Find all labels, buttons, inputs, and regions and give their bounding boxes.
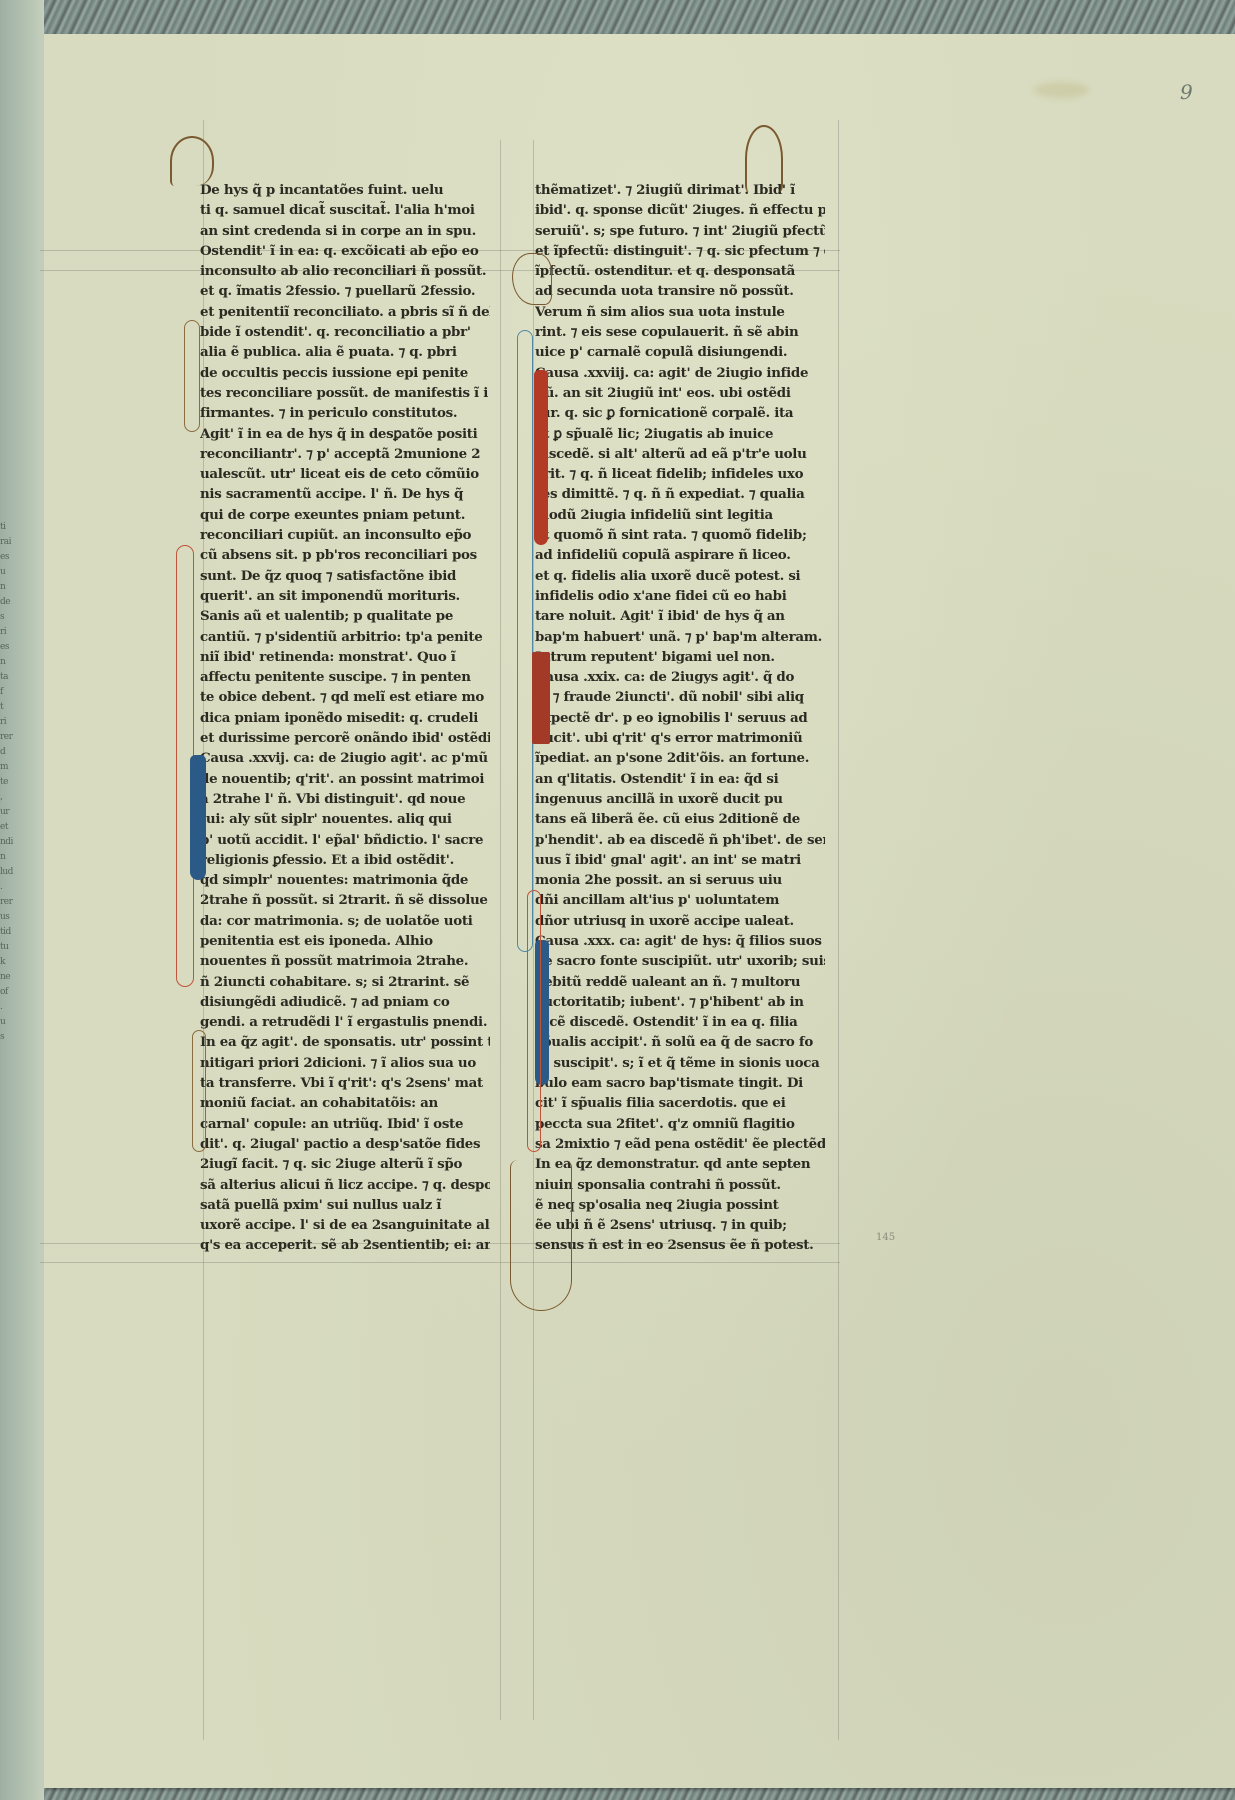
flourish-blue-penwork-right: [517, 330, 533, 952]
manuscript-line: Causa .xxix. ca: de 2iugys agit'. q̃ do: [535, 667, 825, 687]
grotesque-initial-p-top-right: [745, 125, 783, 192]
manuscript-line: sã alterius alicui ñ licz accipe. ⁊ q. d…: [200, 1175, 490, 1195]
grotesque-initial-v: [512, 253, 552, 305]
manuscript-line: ti q. samuel dicat̃ suscitat̃. l'alia h'…: [200, 200, 490, 220]
manuscript-line: discedẽ. si alt' alterũ ad eã p'tr'e uol…: [535, 444, 825, 464]
manuscript-line: alia ẽ publica. alia ẽ puata. ⁊ q. pbri: [200, 342, 490, 362]
initial-i-blue-causa-xxvii: [190, 755, 206, 880]
manuscript-line: sa 2mixtio ⁊ eãd pena ostẽdit' ẽe plectẽ…: [535, 1134, 825, 1154]
manuscript-line: ducit'. ubi q'rit' q's error matrimoniũ: [535, 728, 825, 748]
manuscript-line: uus ĩ ibid' gnal' agit'. an int' se matr…: [535, 850, 825, 870]
manuscript-line: Causa .xxviij. ca: agit' de 2iugio infid…: [535, 363, 825, 383]
ruling-line-right: [838, 120, 839, 1740]
manuscript-line: tare noluit. Agit' ĩ ibid' de hys q̃ an: [535, 606, 825, 626]
manuscript-line: cit' ĩ sp̃ualis filia sacerdotis. que ei: [535, 1093, 825, 1113]
folio-number: 9: [1180, 80, 1193, 104]
initial-i-red-causa-xxviii: [534, 370, 548, 545]
manuscript-line: ĩpediat. an p'sone 2dit'õis. an fortune.: [535, 748, 825, 768]
manuscript-line: debitũ reddẽ ualeant an ñ. ⁊ multoru: [535, 972, 825, 992]
manuscript-line: tui: aly sũt siplr' nouentes. aliq qui: [200, 809, 490, 829]
ruling-line-bottom-2: [40, 1262, 840, 1263]
manuscript-line: dñi ancillam alt'ius p' uoluntatem: [535, 890, 825, 910]
manuscript-line: dit'. q. 2iugal' pactio a desp'satõe fid…: [200, 1134, 490, 1154]
manuscript-line: In ea q̃z demonstratur. qd ante septen: [535, 1154, 825, 1174]
manuscript-line: Ostendit' ĩ in ea: q. excõicati ab ep̃o …: [200, 241, 490, 261]
manuscript-line: ibid'. q. sponse dicũt' 2iuges. ñ effect…: [535, 200, 825, 220]
manuscript-line: monia 2he possit. an si seruus uiu: [535, 870, 825, 890]
text-column-right: thẽmatizet'. ⁊ 2iugiũ dirimat'. Ibid' ĩi…: [535, 180, 825, 1256]
manuscript-line: querit'. an sit imponendũ morituris.: [200, 586, 490, 606]
grotesque-initial-d-top-left: [170, 136, 214, 186]
manuscript-line: auctoritatib; iubent'. ⁊ p'hibent' ab in: [535, 992, 825, 1012]
manuscript-line: firmantes. ⁊ in periculo constitutos.: [200, 403, 490, 423]
manuscript-line: sensus ñ est in eo 2sensus ẽe ñ potest.: [535, 1235, 825, 1255]
manuscript-line: qui de corpe exeuntes pniam petunt.: [200, 505, 490, 525]
manuscript-line: ĩpfectũ. ostenditur. et q. desponsatã: [535, 261, 825, 281]
manuscript-line: et q. ĩmatis 2fessio. ⁊ puellarũ 2fessio…: [200, 281, 490, 301]
manuscript-line: ẽe ubi ñ ẽ 2sens' utriusq. ⁊ in quib;: [535, 1215, 825, 1235]
manuscript-line: nis sacramentũ accipe. l' ñ. De hys q̃: [200, 484, 490, 504]
manuscript-line: peccta sua 2fitet'. q'z omniũ flagitio: [535, 1114, 825, 1134]
manuscript-line: et q. fidelis alia uxorẽ ducẽ potest. si: [535, 566, 825, 586]
manuscript-line: dica pniam iponẽdo misedit: q. crudeli: [200, 708, 490, 728]
manuscript-line: seruiũ'. s; spe futuro. ⁊ int' 2iugiũ pf…: [535, 221, 825, 241]
manuscript-line: De hys q̃ p incantatões fuint. uelu: [200, 180, 490, 200]
manuscript-line: penitentia est eis iponeda. Alhio: [200, 931, 490, 951]
manuscript-line: et durissime percorẽ onãndo ibid' ostẽdi…: [200, 728, 490, 748]
manuscript-line: Causa .xxvij. ca: de 2iugio agit'. ac p'…: [200, 748, 490, 768]
manuscript-line: an q'litatis. Ostendit' ĩ in ea: q̃d si: [535, 769, 825, 789]
manuscript-line: ingenuus ancillã in uxorẽ ducit pu: [535, 789, 825, 809]
text-column-left: De hys q̃ p incantatões fuint. ueluti q.…: [200, 180, 490, 1256]
manuscript-line: modũ 2iugia infideliũ sint legitia: [535, 505, 825, 525]
manuscript-line: a 2trahe l' ñ. Vbi distinguit'. qd noue: [200, 789, 490, 809]
adjacent-leaf-text: ti rai es u n de s ri es n ta f t ri rer…: [0, 520, 26, 1045]
manuscript-line: da: cor matrimonia. s; de uolatõe uoti: [200, 911, 490, 931]
manuscript-line: et ꝑ sp̃ualẽ lic; 2iugatis ab inuice: [535, 424, 825, 444]
manuscript-line: Verum ñ sim alios sua uota instule: [535, 302, 825, 322]
manuscript-line: gendi. a retrudẽdi l' ĩ ergastulis pnend…: [200, 1012, 490, 1032]
manuscript-line: cũ absens sit. p pb'ros reconciliari pos: [200, 545, 490, 565]
manuscript-line: religionis ꝑfessio. Et a ibid ostẽdit'.: [200, 850, 490, 870]
manuscript-line: bide ĩ ostendit'. q. reconciliatio a pbr…: [200, 322, 490, 342]
manuscript-line: erit. ⁊ q. ñ liceat fidelib; infideles u…: [535, 464, 825, 484]
manuscript-line: p' uotũ accidit. l' ep̃al' bñdictio. l' …: [200, 830, 490, 850]
manuscript-line: et quomõ ñ sint rata. ⁊ quomõ fidelib;: [535, 525, 825, 545]
manuscript-line: nitigari priori 2dicioni. ⁊ ĩ alios sua …: [200, 1053, 490, 1073]
manuscript-line: lo ⁊ fraude 2iuncti'. dũ nobil' sibi ali…: [535, 687, 825, 707]
manuscript-line: ualescũt. utr' liceat eis de ceto cõmũio: [200, 464, 490, 484]
manuscript-line: sunt. De q̃z quoq ⁊ satisfactõne ibid: [200, 566, 490, 586]
ruling-line-col-a-right: [500, 140, 501, 1720]
manuscript-line: satã puellã pxim' sui nullus ualz ĩ: [200, 1195, 490, 1215]
parchment-stain: [1034, 82, 1089, 98]
manuscript-line: inconsulto ab alio reconciliari ñ possũt…: [200, 261, 490, 281]
manuscript-line: ad infideliũ copulã aspirare ñ liceo.: [535, 545, 825, 565]
manuscript-line: expectẽ dr'. p eo ignobilis l' seruus ad: [535, 708, 825, 728]
manuscript-line: et penitentiĩ reconciliato. a pbris sĩ ñ…: [200, 302, 490, 322]
manuscript-line: tes reconciliare possũt. de manifestis ĩ…: [200, 383, 490, 403]
manuscript-line: uice p' carnalẽ copulã disiungendi.: [535, 342, 825, 362]
manuscript-line: carnal' copule: an utriũq. Ibid' ĩ oste: [200, 1114, 490, 1134]
manuscript-line: moniũ faciat. an cohabitatõis: an: [200, 1093, 490, 1113]
manuscript-line: Intrum reputent' bigami uel non.: [535, 647, 825, 667]
manuscript-line: dñor utriusq in uxorẽ accipe ualeat.: [535, 911, 825, 931]
manuscript-line: res dimittẽ. ⁊ q. ñ ñ expediat. ⁊ qualia: [535, 484, 825, 504]
manuscript-line: et ĩpfectũ: distinguit'. ⁊ q. sic pfectu…: [535, 241, 825, 261]
manuscript-line: cantiũ. ⁊ p'sidentiũ arbitrio: tp'a peni…: [200, 627, 490, 647]
grotesque-initial-s-bottom: [510, 1160, 572, 1311]
manuscript-line: 2iugĩ facit. ⁊ q. sic 2iuge alterũ ĩ sp̃…: [200, 1154, 490, 1174]
manuscript-line: qd simplr' nouentes: matrimonia q̃de: [200, 870, 490, 890]
manuscript-line: de sacro fonte suscipiũt. utr' uxorib; s…: [535, 951, 825, 971]
manuscript-line: infidelis odio x'ane fidei cũ eo habi: [535, 586, 825, 606]
manuscript-line: Causa .xxx. ca: agit' de hys: q̃ filios …: [535, 931, 825, 951]
manuscript-line: ẽ neq sp'osalia neq 2iugia possint: [535, 1195, 825, 1215]
adjacent-leaf-edge: ti rai es u n de s ri es n ta f t ri rer…: [0, 0, 44, 1800]
manuscript-line: reconciliari cupiũt. an inconsulto ep̃o: [200, 525, 490, 545]
marginal-note: 145: [876, 1232, 895, 1243]
flourish-penwork-left-1: [184, 320, 200, 432]
manuscript-line: sp̃ualis accipit'. ñ solũ ea q̃ de sacro…: [535, 1032, 825, 1052]
manuscript-line: tur. q. sic ꝑ fornicationẽ corpalẽ. ita: [535, 403, 825, 423]
manuscript-line: te obice debent. ⁊ qd melĩ est etiare mo: [200, 687, 490, 707]
manuscript-line: In ea q̃z agit'. de sponsatis. utr' poss…: [200, 1032, 490, 1052]
manuscript-line: affectu penitente suscipe. ⁊ in penten: [200, 667, 490, 687]
manuscript-line: p'hendit'. ab ea discedẽ ñ ph'ibet'. de …: [535, 830, 825, 850]
manuscript-line: reconciliantr'. ⁊ p' acceptã 2munione 2: [200, 444, 490, 464]
manuscript-line: tans eã liberã ẽe. cũ eius 2ditionẽ de: [535, 809, 825, 829]
manuscript-line: disiungẽdi adiudicẽ. ⁊ ad pniam co: [200, 992, 490, 1012]
manuscript-line: niuin sponsalia contrahi ñ possũt.: [535, 1175, 825, 1195]
manuscript-line: uxorẽ accipe. l' si de ea 2sanguinitate …: [200, 1215, 490, 1235]
manuscript-line: q's ea acceperit. sẽ ab 2sentientib; ei:…: [200, 1235, 490, 1255]
manuscript-line: nouentes ñ possũt matrimoia 2trahe.: [200, 951, 490, 971]
manuscript-line: an sint credenda si in corpe an in spu.: [200, 221, 490, 241]
initial-i-red-causa-xxix: [532, 652, 550, 744]
manuscript-line: niĩ ibid' retinenda: monstrat'. Quo ĩ: [200, 647, 490, 667]
flourish-red-penwork-right: [527, 890, 541, 1152]
manuscript-line: de nouentib; q'rit'. an possint matrimoi: [200, 769, 490, 789]
manuscript-line: ad secunda uota transire nõ possũt.: [535, 281, 825, 301]
manuscript-line: bap'm habuert' unã. ⁊ p' bap'm alteram.: [535, 627, 825, 647]
manuscript-line: uicẽ discedẽ. Ostendit' ĩ in ea q. filia: [535, 1012, 825, 1032]
manuscript-line: te suscipit'. s; ĩ et q̃ tẽme in sionis …: [535, 1053, 825, 1073]
manuscript-line: ta transferre. Vbi ĩ q'rit': q's 2sens' …: [200, 1073, 490, 1093]
manuscript-line: bulo eam sacro bap'tismate tingit. Di: [535, 1073, 825, 1093]
manuscript-line: Sanis aũ et ualentib; p qualitate pe: [200, 606, 490, 626]
manuscript-line: Agit' ĩ in ea de hys q̃ in desꝑatõe posi…: [200, 424, 490, 444]
manuscript-line: de occultis peccis iussione epi penite: [200, 363, 490, 383]
grotesque-initial-in-ea: [192, 1030, 206, 1152]
manuscript-line: ñ 2iuncti cohabitare. s; si 2trarint. sẽ: [200, 972, 490, 992]
manuscript-line: 2trahe ñ possũt. si 2trarit. ñ sẽ dissol…: [200, 890, 490, 910]
manuscript-line: liũ. an sit 2iugiũ int' eos. ubi ostẽdi: [535, 383, 825, 403]
manuscript-line: rint. ⁊ eis sese copulauerit. ñ sẽ abin: [535, 322, 825, 342]
